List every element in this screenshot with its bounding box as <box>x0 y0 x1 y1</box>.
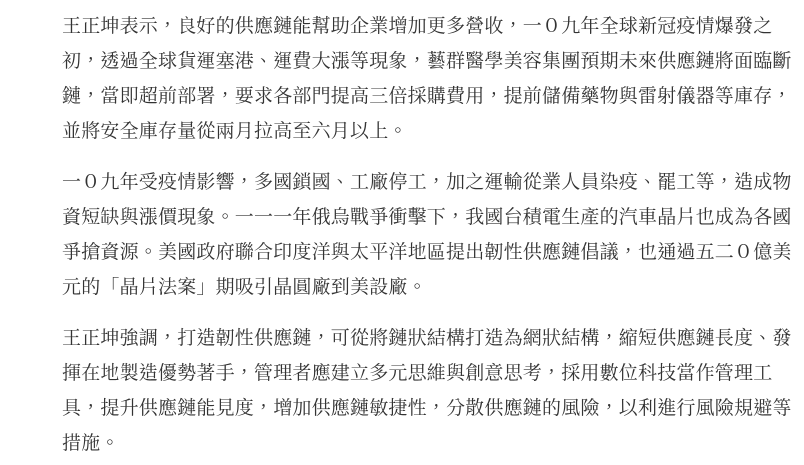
paragraph-2-line-3: 爭搶資源。美國政府聯合印度洋與太平洋地區提出韌性供應鏈倡議，也通過五二０億美 <box>62 235 764 270</box>
paragraph-2-line-2: 資短缺與漲價現象。一一一年俄烏戰爭衝擊下，我國台積電生產的汽車晶片也成為各國 <box>62 200 764 235</box>
paragraph-2: 一０九年受疫情影響，多國鎖國、工廠停工，加之運輸從業人員染疫、罷工等，造成物 資… <box>62 165 764 305</box>
article-body: 王正坤表示，良好的供應鏈能幫助企業增加更多營收，一０九年全球新冠疫情爆發之 初，… <box>0 0 804 461</box>
paragraph-1-line-4: 並將安全庫存量從兩月拉高至六月以上。 <box>62 114 764 149</box>
paragraph-2-line-4: 元的「晶片法案」期吸引晶圓廠到美設廠。 <box>62 270 764 305</box>
paragraph-3: 王正坤強調，打造韌性供應鏈，可從將鏈狀結構打造為網狀結構，縮短供應鏈長度、發 揮… <box>62 321 764 461</box>
paragraph-1-line-3: 鏈，當即超前部署，要求各部門提高三倍採購費用，提前儲備藥物與雷射儀器等庫存， <box>62 79 764 114</box>
paragraph-1: 王正坤表示，良好的供應鏈能幫助企業增加更多營收，一０九年全球新冠疫情爆發之 初，… <box>62 9 764 149</box>
paragraph-1-line-1: 王正坤表示，良好的供應鏈能幫助企業增加更多營收，一０九年全球新冠疫情爆發之 <box>62 9 764 44</box>
paragraph-2-line-1: 一０九年受疫情影響，多國鎖國、工廠停工，加之運輸從業人員染疫、罷工等，造成物 <box>62 165 764 200</box>
paragraph-3-line-3: 具，提升供應鏈能見度，增加供應鏈敏捷性，分散供應鏈的風險，以利進行風險規避等 <box>62 391 764 426</box>
paragraph-3-line-4: 措施。 <box>62 426 764 461</box>
paragraph-3-line-2: 揮在地製造優勢著手，管理者應建立多元思維與創意思考，採用數位科技當作管理工 <box>62 356 764 391</box>
paragraph-3-line-1: 王正坤強調，打造韌性供應鏈，可從將鏈狀結構打造為網狀結構，縮短供應鏈長度、發 <box>62 321 764 356</box>
paragraph-1-line-2: 初，透過全球貨運塞港、運費大漲等現象，藝群醫學美容集團預期未來供應鏈將面臨斷 <box>62 44 764 79</box>
